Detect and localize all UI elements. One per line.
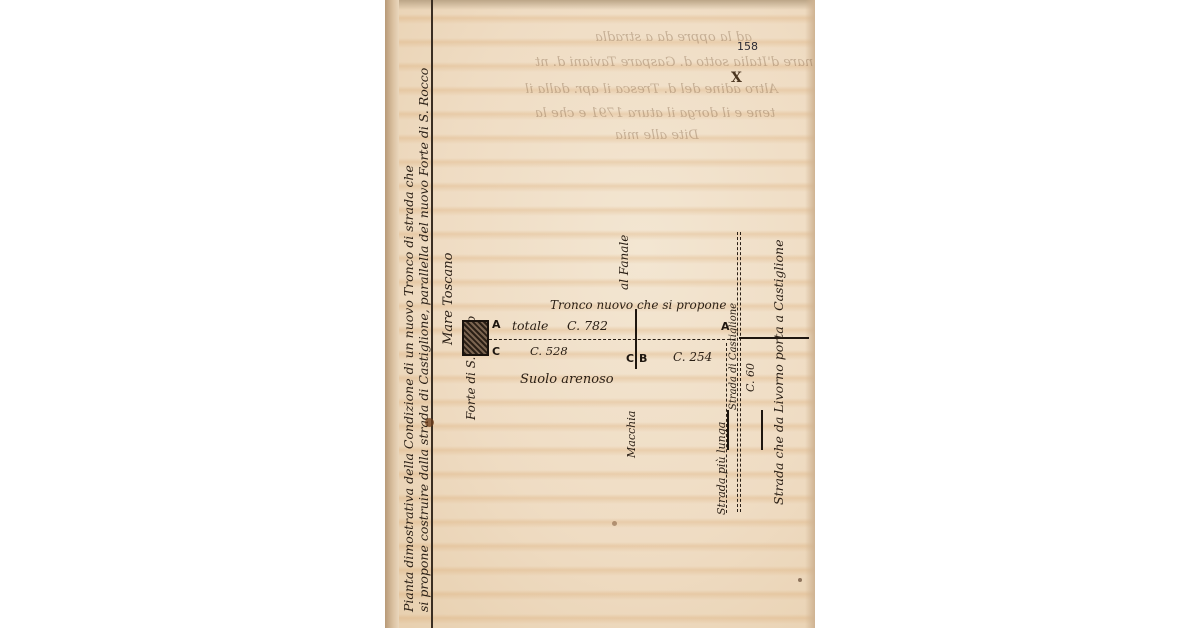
page-mark: X bbox=[731, 70, 742, 86]
label-strada-piu-lunga: Strada più lunga bbox=[715, 422, 728, 515]
ink-stain bbox=[612, 521, 617, 526]
margin-note-line-1: Pianta dimostrativa della Condizione di … bbox=[401, 165, 416, 612]
ink-stain bbox=[425, 418, 434, 427]
label-mare-toscano: Mare Toscano bbox=[441, 253, 456, 346]
label-strada-livorno-castiglione: Strada che da Livorno porta a Castiglion… bbox=[771, 239, 786, 505]
road-tick-right bbox=[761, 410, 763, 450]
bleed-through-text: nare d'Italia sotto d. Gaspare Taviani d… bbox=[535, 55, 813, 70]
label-al-fanale: al Fanale bbox=[617, 235, 631, 290]
bleed-through-text: Dite alle mia bbox=[615, 128, 699, 143]
label-suolo-arenoso: Suolo arenoso bbox=[520, 372, 614, 387]
page-top-shadow bbox=[385, 0, 815, 10]
value-road-width: C. 60 bbox=[744, 363, 757, 392]
bleed-through-text: tene e il dorga il atura 1791 e che la bbox=[535, 106, 775, 121]
point-a-left: A bbox=[492, 318, 501, 331]
point-c-mid: C bbox=[626, 352, 634, 365]
label-strada-castiglione: Strada di Castiglione bbox=[728, 303, 739, 410]
value-segment-b: C. 254 bbox=[673, 350, 712, 364]
bleed-through-text: ad la oppre da a stradla bbox=[595, 30, 752, 45]
point-c-left: C bbox=[492, 345, 500, 358]
label-macchia: Macchia bbox=[625, 411, 638, 458]
dashed-baseline bbox=[489, 339, 735, 340]
value-totale: C. 782 bbox=[567, 318, 608, 333]
road-dashed-edge-left-2 bbox=[740, 232, 741, 512]
label-totale: totale bbox=[512, 318, 548, 333]
page-number: 158 bbox=[737, 40, 758, 53]
margin-rule bbox=[431, 0, 433, 628]
page-right-edge bbox=[805, 0, 815, 628]
point-b-mid: B bbox=[639, 352, 647, 365]
ink-stain bbox=[798, 578, 802, 582]
margin-note-line-2: si propone costruire dalla strada di Cas… bbox=[416, 68, 431, 612]
label-new-road: Tronco nuovo che si propone bbox=[550, 298, 727, 312]
binding-spine bbox=[385, 0, 399, 628]
divider-line-b bbox=[635, 309, 637, 369]
value-segment-ac: C. 528 bbox=[530, 344, 568, 358]
manuscript-page: ad la oppre da a stradla nare d'Italia s… bbox=[385, 0, 815, 628]
fort-hatched-block bbox=[462, 320, 489, 356]
